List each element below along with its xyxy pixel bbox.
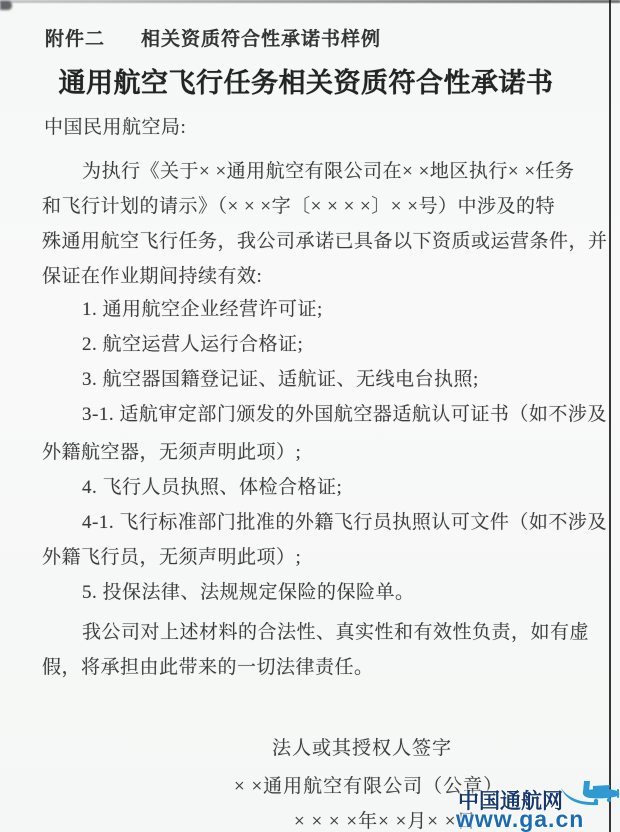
body-line: 为执行《关于× ×通用航空有限公司在× ×地区执行× ×任务: [82, 160, 575, 184]
scan-corner-mark: [0, 1, 12, 10]
list-item-line: 2. 航空运营人运行合格证;: [82, 333, 303, 357]
list-item-line: 4. 飞行人员执照、体检合格证;: [82, 476, 342, 500]
body-line: 我公司对上述材料的合法性、真实性和有效性负责，如有虚: [82, 621, 589, 645]
body-line: 殊通用航空飞行任务，我公司承诺已具备以下资质或运营条件，并: [42, 230, 608, 254]
signature-signer-line: 法人或其授权人签字: [272, 733, 452, 760]
list-item-line: 5. 投保法律、法规规定保险的保险单。: [82, 581, 415, 605]
body-line: 保证在作业期间持续有效:: [42, 265, 262, 289]
signature-date-line: × × × ×年× ×月× ×日: [294, 806, 476, 832]
list-item-line: 4-1. 飞行标准部门批准的外籍飞行员执照认可文件（如不涉及: [82, 511, 607, 535]
site-url: www.ga.cn: [456, 806, 584, 832]
list-item-line: 外籍航空器，无须声明此项）;: [42, 441, 301, 465]
list-item-line: 外籍飞行员，无须声明此项）;: [42, 546, 301, 570]
list-item-line: 1. 通用航空企业经营许可证;: [82, 298, 323, 322]
attachment-header: 附件二相关资质符合性承诺书样例: [45, 24, 381, 51]
salutation: 中国民用航空局:: [44, 116, 186, 140]
document-page: 附件二相关资质符合性承诺书样例 通用航空飞行任务相关资质符合性承诺书 中国民用航…: [0, 0, 620, 832]
body-line: 和飞行计划的请示》（× × ×字〔× × × ×〕× ×号）中涉及的特: [42, 195, 555, 219]
site-watermark: 中国通航网 www.ga.cn: [452, 778, 620, 832]
scan-right-edge-line: [609, 0, 611, 832]
list-item-line: 3. 航空器国籍登记证、适航证、无线电台执照;: [82, 368, 479, 392]
body-line: 假，将承担由此带来的一切法律责任。: [42, 656, 374, 680]
document-title: 通用航空飞行任务相关资质符合性承诺书: [0, 61, 612, 100]
attachment-title: 相关资质符合性承诺书样例: [141, 29, 381, 50]
scan-top-edge: [0, 0, 620, 3]
attachment-label: 附件二: [45, 29, 105, 50]
list-item-line: 3-1. 适航审定部门颁发的外国航空器适航认可证书（如不涉及: [82, 403, 607, 427]
